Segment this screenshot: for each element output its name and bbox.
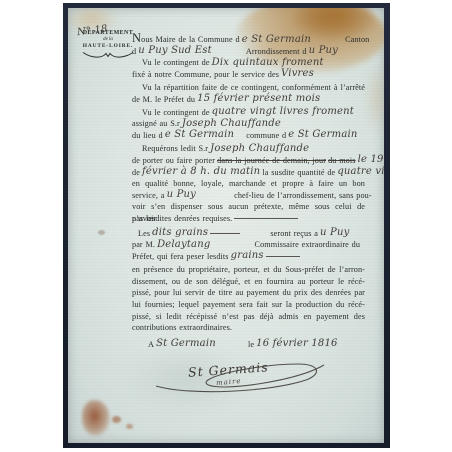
document-line: A St Germain le 16 février 1816 — [132, 339, 365, 351]
handwritten-text: le 19 — [358, 154, 384, 165]
document-line: contributions extraordinaires. — [132, 322, 365, 334]
printed-text: assigné au S.r — [132, 119, 180, 128]
printed-text: Les — [138, 229, 150, 238]
printed-text: Nous Maire de la Commune d — [132, 35, 240, 44]
stain-bottom-left-dot-2 — [126, 424, 133, 429]
spacer — [236, 137, 244, 138]
handwritten-text: u Puy — [167, 189, 196, 200]
initial-capital: N — [132, 31, 141, 45]
handwritten-text: e St Germain — [165, 129, 234, 140]
paper-sheet: DÉPARTEMENT de la HAUTE-LOIRE. N° 18 Nou… — [68, 8, 384, 443]
document-line: assigné au S.r Joseph Chauffande — [132, 118, 365, 130]
handwritten-text: quatre vingt liv. froment — [337, 166, 384, 177]
printed-text: de — [132, 168, 140, 177]
printed-text: le — [248, 340, 254, 349]
document-line: Vu le contingent de quatre vingt livres … — [132, 107, 365, 119]
document-line: pissé, pour lui servir de titre au payem… — [132, 287, 365, 299]
printed-text: Vu le contingent de — [142, 58, 210, 67]
document-line: pas lesdites denrées requises. — [132, 213, 365, 225]
stain-bottom-left — [82, 400, 110, 436]
printed-text: la susdite quantité de — [262, 168, 335, 177]
printed-text: seront reçus a — [270, 229, 318, 238]
printed-text: lui fournies; lequel payement sera fait … — [132, 300, 365, 309]
document-line: service, a u Puy chef-lieu de l’arrondis… — [132, 190, 365, 202]
printed-text: Préfet, qui fera peser lesdits — [132, 252, 229, 261]
ink-dash — [234, 216, 298, 219]
handwritten-text: e St Germain — [288, 129, 357, 140]
ink-dash — [210, 231, 240, 234]
document-line: de porter ou faire porter dans la journé… — [132, 155, 365, 167]
printed-text: Canton — [345, 35, 369, 44]
printed-text: de M. le Préfet du — [132, 95, 195, 104]
spacer — [198, 197, 232, 198]
document-line: de février à 8 h. du matin la susdite qu… — [132, 167, 365, 179]
document-text-block: Nous Maire de la Commune d e St Germain … — [132, 34, 365, 350]
document-line: Préfet, qui fera peser lesdits grains — [132, 251, 365, 263]
printed-text: pissé, pour lui servir de titre au payem… — [132, 288, 365, 297]
printed-text: Vu le contingent de — [142, 108, 210, 117]
document-line: lui fournies; lequel payement sera fait … — [132, 299, 365, 311]
document-line: Vu le contingent de Dix quintaux froment — [132, 57, 365, 69]
printed-text: de porter ou faire porter — [132, 156, 215, 165]
printed-text: en présence du propriétaire, porteur, et… — [132, 265, 365, 274]
spacer — [213, 246, 253, 247]
document-photo: DÉPARTEMENT de la HAUTE-LOIRE. N° 18 Nou… — [63, 3, 390, 448]
struck-through-text: du mois — [328, 156, 355, 165]
handwritten-text: u Puy — [320, 227, 349, 238]
handwritten-text: février à 8 h. du matin — [142, 166, 260, 177]
handwritten-text: quatre vingt livres froment — [212, 106, 354, 117]
handwritten-text: 15 février présent mois — [197, 93, 320, 104]
document-line: de M. le Préfet du 15 février présent mo… — [132, 94, 365, 106]
handwritten-text: u Puy — [309, 45, 338, 56]
printed-text: dissement, ou de son délégué, et en four… — [132, 277, 365, 286]
printed-text: Commissaire extraordinaire du — [255, 240, 361, 249]
document-line: Les dits grains seront reçus a u Puy — [132, 228, 365, 240]
handwritten-text: Vivres — [281, 68, 314, 79]
spacer — [218, 346, 246, 347]
printed-text: chef-lieu de l’arrondissement, sans pou- — [234, 191, 372, 200]
document-line: Nous Maire de la Commune d e St Germain … — [132, 34, 365, 46]
printed-text: pissé, si ledit récépissé n’est pas déjà… — [132, 312, 365, 321]
spacer — [313, 41, 343, 42]
document-line: en présence du propriétaire, porteur, et… — [132, 264, 365, 276]
printed-text: Arrondissement d — [246, 47, 307, 56]
document-line: pissé, si ledit récépissé n’est pas déjà… — [132, 311, 365, 323]
flourish-ornament-icon — [81, 50, 135, 59]
handwritten-text: grains — [231, 250, 264, 261]
printed-text: par M. — [132, 240, 155, 249]
printed-text: d — [132, 47, 136, 56]
handwritten-text: Joseph Chauffande — [182, 118, 281, 129]
printed-text: du lieu d — [132, 131, 163, 140]
document-line: en qualité bonne, loyale, marchande et p… — [132, 178, 365, 190]
printed-text: contributions extraordinaires. — [132, 323, 232, 332]
handwritten-text: Dix quintaux froment — [212, 57, 324, 68]
printed-text: Vu la répartition faite de ce contingent… — [142, 83, 365, 92]
document-line: voir s’en dispenser sous aucun prétexte,… — [132, 201, 365, 213]
printed-text: commune d — [246, 131, 286, 140]
stain-bottom-left-dot — [112, 416, 121, 423]
document-line: fixé à notre Commune, pour le service de… — [132, 69, 365, 81]
struck-through-text: dans la journée de demain, jour — [217, 156, 326, 165]
page-background: DÉPARTEMENT de la HAUTE-LOIRE. N° 18 Nou… — [0, 0, 452, 452]
ink-dash — [266, 254, 300, 257]
printed-text: service, a — [132, 191, 165, 200]
handwritten-text: 16 février 1816 — [256, 338, 337, 349]
stain-right-edge — [368, 63, 384, 133]
stain-middle-left-dot — [98, 230, 105, 235]
handwritten-text: St Germain — [156, 338, 216, 349]
handwritten-text: u Puy Sud Est — [138, 45, 212, 56]
department-dela: de la — [80, 37, 136, 42]
printed-text: en qualité bonne, loyale, marchande et p… — [132, 179, 365, 188]
document-line: d u Puy Sud Est Arrondissement d u Puy — [132, 46, 365, 58]
printed-text: pas lesdites denrées requises. — [132, 214, 232, 223]
handwritten-text: e St Germain — [242, 34, 311, 45]
spacer — [242, 235, 268, 236]
document-line: du lieu d e St Germain commune d e St Ge… — [132, 130, 365, 142]
handwritten-text: Delaytang — [157, 239, 210, 250]
handwritten-text: Joseph Chauffande — [210, 143, 309, 154]
printed-text: fixé à notre Commune, pour le service de… — [132, 70, 279, 79]
spacer — [214, 53, 244, 54]
department-haute-loire: HAUTE-LOIRE. — [80, 43, 136, 49]
document-line: dissement, ou de son délégué, et en four… — [132, 276, 365, 288]
document-line: Requérons ledit S.r Joseph Chauffande — [132, 143, 365, 155]
printed-text: A — [148, 340, 154, 349]
printed-text: Requérons ledit S.r — [142, 144, 208, 153]
document-line: par M. Delaytang Commissaire extraordina… — [132, 239, 365, 251]
handwritten-text: dits grains — [152, 227, 208, 238]
